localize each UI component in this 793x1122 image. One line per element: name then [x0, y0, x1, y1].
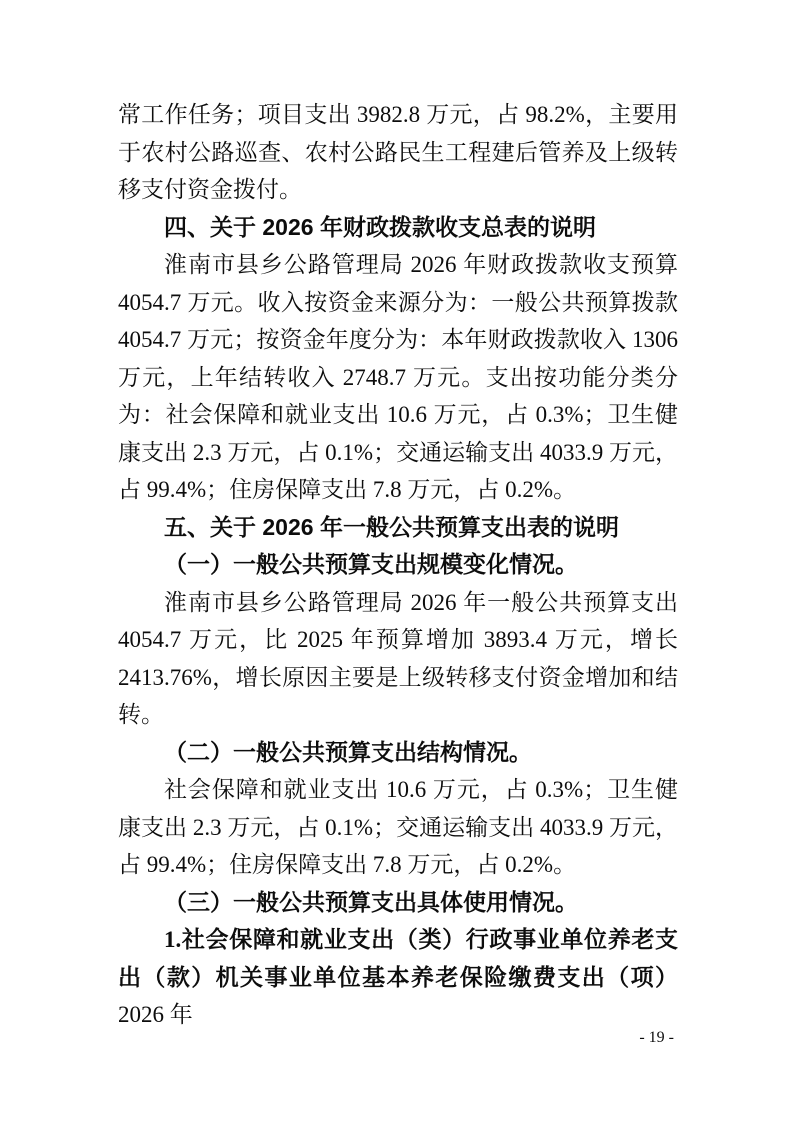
paragraph-expense-scale-change: 淮南市县乡公路管理局 2026 年一般公共预算支出 4054.7 万元，比 20…: [118, 584, 678, 734]
item-1-trailing-text: 2026 年: [118, 1002, 193, 1027]
paragraph-fiscal-appropriation-detail: 淮南市县乡公路管理局 2026 年财政拨款收支预算 4054.7 万元。收入按资…: [118, 246, 678, 509]
heading-section-5-general-public-budget: 五、关于 2026 年一般公共预算支出表的说明: [118, 509, 678, 547]
paragraph-expense-structure: 社会保障和就业支出 10.6 万元，占 0.3%；卫生健康支出 2.3 万元，占…: [118, 771, 678, 884]
subheading-2-expense-structure: （二）一般公共预算支出结构情况。: [118, 734, 678, 772]
subheading-1-expense-scale-change: （一）一般公共预算支出规模变化情况。: [118, 546, 678, 584]
document-page: 常工作任务；项目支出 3982.8 万元，占 98.2%，主要用于农村公路巡查、…: [0, 0, 793, 1122]
subheading-3-expense-specific-usage: （三）一般公共预算支出具体使用情况。: [118, 884, 678, 922]
item-1-bold-title: 1.社会保障和就业支出（类）行政事业单位养老支出（款）机关事业单位基本养老保险缴…: [118, 927, 678, 990]
paragraph-item-1-social-security-pension: 1.社会保障和就业支出（类）行政事业单位养老支出（款）机关事业单位基本养老保险缴…: [118, 921, 678, 1034]
paragraph-project-expense-continuation: 常工作任务；项目支出 3982.8 万元，占 98.2%，主要用于农村公路巡查、…: [118, 96, 678, 209]
page-number: - 19 -: [118, 1029, 674, 1047]
document-body: 常工作任务；项目支出 3982.8 万元，占 98.2%，主要用于农村公路巡查、…: [118, 96, 678, 1034]
heading-section-4-fiscal-appropriation-summary: 四、关于 2026 年财政拨款收支总表的说明: [118, 209, 678, 247]
